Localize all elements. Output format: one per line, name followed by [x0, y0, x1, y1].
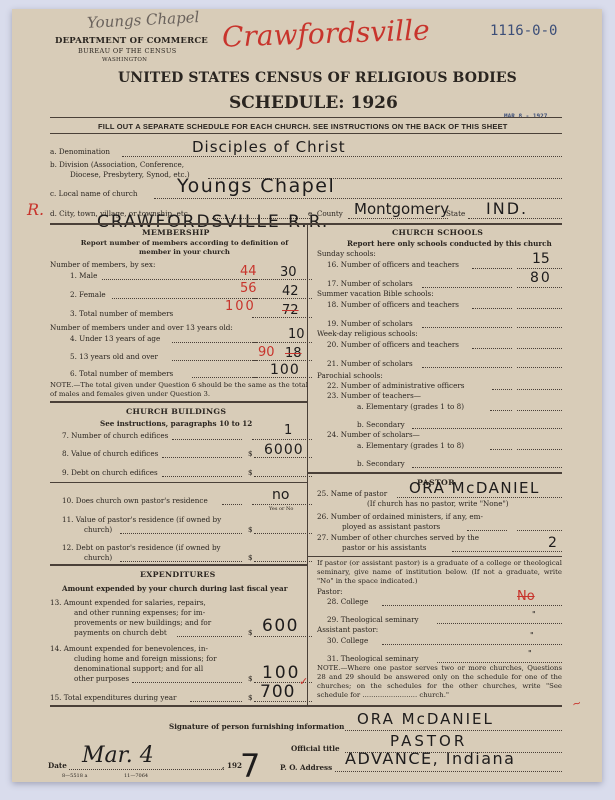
summer-schools-label: Summer vacation Bible schools:	[317, 289, 434, 298]
assistant-pastor-subheading: Assistant pastor:	[317, 625, 378, 634]
q16-label: 16. Number of officers and teachers	[327, 260, 459, 269]
church-buildings-subheading: See instructions, paragraphs 10 to 12	[100, 419, 252, 428]
q18-label: 18. Number of officers and teachers	[327, 300, 459, 309]
membership-intro: Report number of members according to de…	[67, 239, 302, 257]
total-age-label: 6. Total number of members	[70, 369, 173, 378]
divider	[50, 401, 307, 403]
q23b-label: b. Secondary	[357, 420, 405, 429]
item14-field[interactable]: 100	[262, 663, 300, 683]
q29-field[interactable]: "	[532, 610, 536, 619]
item15-field[interactable]: 700	[260, 682, 295, 702]
pastor-name-label: 25. Name of pastor	[317, 489, 387, 498]
year-field[interactable]: 7	[240, 747, 260, 785]
q17-field[interactable]: 80	[530, 270, 552, 286]
q20-field[interactable]	[517, 348, 562, 349]
expenditures-subheading: Amount expended by your church during la…	[62, 584, 287, 593]
q27-label: pastor or his assistants	[342, 543, 427, 552]
divider	[50, 133, 562, 134]
q24a-field[interactable]	[517, 449, 562, 450]
q24-label: 24. Number of scholars—	[327, 430, 420, 439]
division-label-2: Diocese, Presbytery, Synod, etc.)	[70, 170, 190, 179]
q21-field[interactable]	[517, 367, 562, 368]
document-title: UNITED STATES CENSUS OF RELIGIOUS BODIES	[118, 70, 517, 86]
under-13-label: 4. Under 13 years of age	[70, 334, 160, 343]
q26-label: ployed as assistant pastors	[342, 522, 440, 531]
residence-owned-label: 10. Does church own pastor's residence	[62, 496, 208, 505]
edifices-count-label: 7. Number of church edifices	[62, 431, 168, 440]
signature-field[interactable]: ORA McDANIEL	[357, 710, 494, 728]
q27-field[interactable]: 2	[548, 535, 557, 551]
pastor-name-hint: (If church has no pastor, write "None")	[367, 499, 509, 508]
county-label: e. County	[308, 209, 343, 218]
total-members-label: 3. Total number of members	[70, 309, 173, 318]
red-mark: R.	[27, 200, 44, 219]
schedule-title: SCHEDULE: 1926	[229, 93, 398, 113]
edifices-debt-field[interactable]	[254, 476, 312, 477]
over-13-field[interactable]: 18	[285, 346, 302, 361]
church-name-label: c. Local name of church	[50, 189, 138, 198]
graduate-instruction: If pastor (or assistant pastor) is a gra…	[317, 559, 562, 586]
q23b-field[interactable]	[412, 428, 562, 429]
male-field[interactable]: 30	[280, 265, 297, 280]
q18-field[interactable]	[517, 308, 562, 309]
item15-label: 15. Total expenditures during year	[50, 693, 176, 702]
q21-label: 21. Number of scholars	[327, 359, 413, 368]
po-address-label: P. O. Address	[280, 763, 332, 772]
total-members-field[interactable]: 72	[282, 303, 299, 318]
expenditures-heading: EXPENDITURES	[140, 570, 216, 579]
file-number-stamp: 1116-0-0	[490, 23, 557, 39]
sunday-schools-label: Sunday schools:	[317, 249, 376, 258]
red-checkmark: ✓	[299, 675, 308, 688]
red-mark-footer: ~	[570, 696, 582, 711]
divider	[308, 472, 562, 474]
bureau-name: BUREAU OF THE CENSUS	[78, 47, 177, 55]
residence-debt-label: 12. Debt on pastor's residence (if owned…	[62, 543, 221, 552]
state-field[interactable]: IND.	[486, 199, 528, 218]
divider	[50, 705, 562, 707]
membership-note: NOTE.—The total given under Question 6 s…	[50, 381, 308, 399]
q24b-field[interactable]	[412, 467, 562, 468]
divider	[50, 564, 307, 566]
item13-label: payments on church debt	[74, 628, 167, 637]
residence-value-field[interactable]	[254, 533, 312, 534]
item13-field[interactable]: 600	[262, 616, 299, 636]
divider	[308, 556, 562, 557]
age-label: Number of members under and over 13 year…	[50, 323, 233, 332]
division-label-1: b. Division (Association, Conference,	[50, 160, 184, 169]
weekday-schools-label: Week-day religious schools:	[317, 329, 418, 338]
church-buildings-heading: CHURCH BUILDINGS	[126, 407, 226, 416]
pastor-name-field[interactable]: ORA McDANIEL	[409, 479, 540, 497]
state-label: State	[446, 209, 465, 218]
male-correction: 44	[240, 264, 257, 279]
church-name-field[interactable]: Youngs Chapel	[177, 175, 335, 197]
q30-field[interactable]: "	[530, 631, 534, 640]
official-title-label: Official title	[291, 744, 340, 753]
edifices-count-field[interactable]: 1	[284, 423, 292, 438]
q17-label: 17. Number of scholars	[327, 279, 413, 288]
q22-field[interactable]	[517, 389, 562, 390]
female-label: 2. Female	[70, 290, 106, 299]
q23a-label: a. Elementary (grades 1 to 8)	[357, 402, 464, 411]
signature-label: Signature of person furnishing informati…	[169, 722, 344, 731]
membership-heading: MEMBERSHIP	[142, 228, 210, 237]
county-field[interactable]: Montgomery	[354, 200, 449, 218]
department-name: DEPARTMENT OF COMMERCE	[55, 36, 208, 46]
edifices-value-label: 8. Value of church edifices	[62, 449, 158, 458]
city-field[interactable]: CRAWFORDSVILLE R.R.	[97, 212, 329, 232]
total-members-correction: 100	[225, 299, 256, 314]
by-sex-label: Number of members, by sex:	[50, 260, 155, 269]
form-number: 8—5518 a	[62, 773, 87, 779]
residence-debt-field[interactable]	[254, 561, 312, 562]
red-annotation-city: Crawfordsville	[221, 13, 430, 53]
q28-label: 28. College	[327, 597, 368, 606]
q31-field[interactable]: "	[528, 649, 532, 658]
divider	[50, 117, 562, 118]
pastor-note: NOTE.—Where one pastor serves two or mor…	[317, 664, 562, 700]
date-field[interactable]: Mar. 4	[82, 743, 154, 768]
q26-field[interactable]	[517, 530, 562, 531]
church-schools-intro: Report here only schools conducted by th…	[347, 239, 552, 248]
edifices-value-field[interactable]: 6000	[264, 442, 304, 458]
q19-field[interactable]	[517, 327, 562, 328]
male-label: 1. Male	[70, 271, 97, 280]
female-correction: 56	[240, 281, 257, 296]
pastor-subheading: Pastor:	[317, 587, 343, 596]
q31-label: 31. Theological seminary	[327, 654, 419, 663]
total-age-field[interactable]: 100	[270, 362, 300, 378]
over-13-label: 5. 13 years old and over	[70, 352, 158, 361]
under-13-field[interactable]: 10	[288, 327, 305, 342]
official-title-field[interactable]: PASTOR	[390, 732, 467, 750]
item14-label: other purposes	[74, 674, 129, 683]
location: WASHINGTON	[102, 57, 147, 63]
divider	[50, 482, 307, 483]
q30-label: 30. College	[327, 636, 368, 645]
q23a-field[interactable]	[517, 410, 562, 411]
denomination-field[interactable]: Disciples of Christ	[192, 138, 346, 156]
po-address-field[interactable]: ADVANCE, Indiana	[345, 749, 515, 768]
column-divider	[307, 225, 308, 705]
divider	[50, 223, 562, 225]
residence-owned-field[interactable]: no	[272, 487, 289, 503]
pencil-annotation-church: Youngs Chapel	[87, 8, 200, 32]
residence-value-label: 11. Value of pastor's residence (if owne…	[62, 515, 221, 524]
parochial-schools-label: Parochial schools:	[317, 371, 383, 380]
yes-no-hint: Yes or No	[269, 506, 293, 512]
q22-label: 22. Number of administrative officers	[327, 381, 464, 390]
year-prefix: , 192	[222, 761, 242, 770]
denomination-label: a. Denomination	[50, 147, 110, 156]
q24b-label: b. Secondary	[357, 459, 405, 468]
q24a-label: a. Elementary (grades 1 to 8)	[357, 441, 464, 450]
edifices-debt-label: 9. Debt on church edifices	[62, 468, 158, 477]
over-13-correction: 90	[258, 345, 275, 360]
q23-label: 23. Number of teachers—	[327, 391, 421, 400]
date-label: Date	[48, 761, 67, 770]
church-schools-heading: CHURCH SCHOOLS	[392, 228, 483, 237]
female-field[interactable]: 42	[282, 284, 299, 299]
q16-field[interactable]: 15	[532, 251, 550, 267]
q19-label: 19. Number of scholars	[327, 319, 413, 328]
q20-label: 20. Number of officers and teachers	[327, 340, 459, 349]
print-number: 11—7064	[124, 773, 148, 779]
q28-field[interactable]: No	[517, 589, 535, 604]
census-schedule-document: Youngs Chapel Crawfordsville 1116-0-0 DE…	[12, 9, 602, 782]
instruction-banner: FILL OUT A SEPARATE SCHEDULE FOR EACH CH…	[98, 122, 508, 131]
q29-label: 29. Theological seminary	[327, 615, 419, 624]
